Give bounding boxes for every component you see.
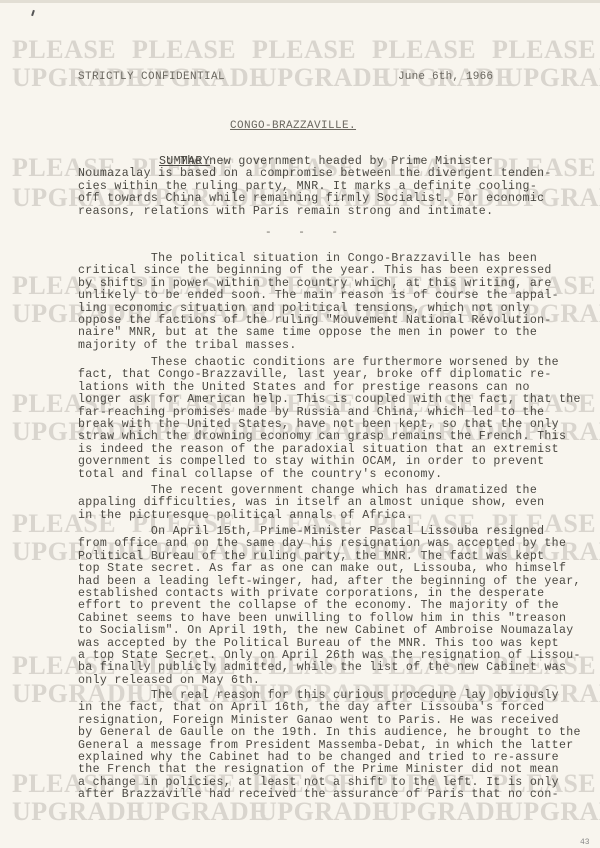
paragraph-line: fact, that Congo-Brazzaville, last year,…	[78, 369, 598, 381]
summary-line-text: : The new government headed by Prime Min…	[78, 155, 493, 168]
document-page: PLEASEPLEASEPLEASEPLEASEPLEASE UPGRADEUP…	[0, 0, 600, 848]
body-paragraph: These chaotic conditions are furthermore…	[78, 357, 598, 481]
summary-line: off towards China while remaining firmly…	[78, 193, 598, 205]
paragraph-line: to Socialism". On April 19th, the new Ca…	[78, 625, 598, 637]
paragraph-line: only released on May 6th.	[78, 675, 598, 687]
summary-paragraph: SUMMARY : The new government headed by P…	[78, 156, 598, 218]
summary-line: reasons, relations with Paris remain str…	[78, 206, 598, 218]
paragraph-line: straw which the drowning economy can gra…	[78, 431, 598, 443]
paragraph-line: critical since the beginning of the year…	[78, 265, 598, 277]
paragraph-line: in the picturesque political annals of A…	[78, 510, 598, 522]
paragraph-line: ba finally publicly admitted, while the …	[78, 662, 598, 674]
paragraph-line: the French that the resignation of the P…	[78, 764, 598, 776]
page-number: 43	[580, 838, 590, 847]
document-date: June 6th, 1966	[398, 71, 493, 83]
paragraph-line: majority of the tribal masses.	[78, 340, 598, 352]
paragraph-line: after Brazzaville had received the assur…	[78, 789, 598, 801]
paragraph-line: total and final collapse of the country'…	[78, 469, 598, 481]
body-paragraph: The recent government change which has d…	[78, 485, 598, 522]
summary-label: SUMMARY	[159, 156, 210, 168]
paragraph-line: top State secret. As far as one can make…	[78, 563, 598, 575]
summary-line: Noumazalay is based on a compromise betw…	[78, 168, 598, 180]
paragraph-line: by General de Gaulle on the 19th. In thi…	[78, 727, 598, 739]
body-paragraph: On April 15th, Prime-Minister Pascal Lis…	[78, 526, 598, 687]
body-paragraph: The real reason for this curious procedu…	[78, 690, 598, 802]
paragraph-line: government is compelled to stay within O…	[78, 456, 598, 468]
paragraph-line: from office and on the same day his resi…	[78, 538, 598, 550]
document-title: CONGO-BRAZZAVILLE.	[230, 120, 356, 132]
paragraph-line: unlikely to be ended soon. The main reas…	[78, 290, 598, 302]
classification-label: STRICTLY CONFIDENTIAL	[78, 71, 225, 83]
paragraph-line: in the fact, that on April 16th, the day…	[78, 702, 598, 714]
paragraph-line: naire" MNR, but at the same time oppose …	[78, 327, 598, 339]
body-paragraph: The political situation in Congo-Brazzav…	[78, 253, 598, 352]
typed-text-layer: STRICTLY CONFIDENTIAL June 6th, 1966 CON…	[0, 3, 600, 848]
paragraph-line: effort to prevent the collapse of the ec…	[78, 600, 598, 612]
paragraph-line: longer ask for American help. This is co…	[78, 394, 598, 406]
paragraph-line: appaling difficulties, was in itself an …	[78, 497, 598, 509]
section-separator: - - -	[265, 227, 348, 239]
